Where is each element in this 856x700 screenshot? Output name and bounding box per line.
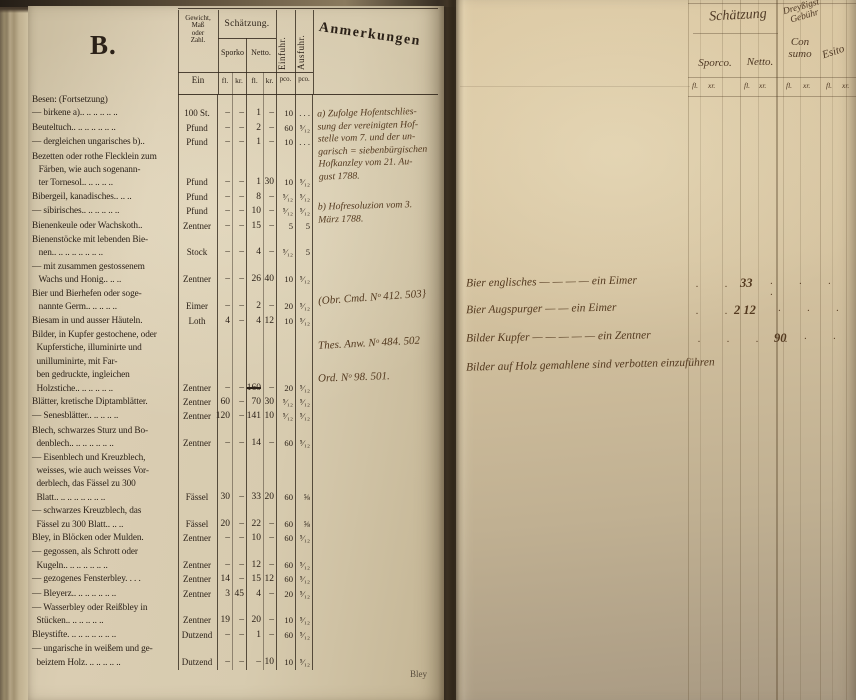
row-label: Bibergeil, kanadisches.. .. .. [32,191,178,205]
netto-kr-cell: – [263,588,276,602]
unit-cell: Zentner [178,425,218,452]
ms-dot-leader: · · · · [770,279,856,301]
netto-kr-cell: – [263,234,276,261]
sporko-fl-cell: 3 [218,588,232,602]
tariff-row: Bier und Bierhefen oder soge- nannte Ger… [32,288,313,315]
netto-kr-cell: – [263,220,276,234]
tariff-row: Besen: (Fortsetzung) [32,94,313,107]
tariff-row: — ungarische in weißem und ge- beiztem H… [32,643,313,670]
einfuhr-cell: 60 [276,629,295,643]
netto-fl-cell: – [246,643,263,670]
tariff-row: Bienenstöcke mit lebenden Bie- nen.. .. … [32,234,313,261]
row-label: Blätter, kretische Diptamblätter. [32,396,178,410]
tariff-row: Bleystifte. .. .. .. .. .. .. ..Dutzend–… [32,629,313,643]
sporko-fl-cell: – [218,205,232,219]
ms-duty-header: Dreyßigst Gebühr [782,0,823,27]
einfuhr-header: Einfuhr. [277,14,295,70]
netto-fl-cell: 12 [246,546,263,573]
einfuhr-cell: 10 [276,602,295,629]
einfuhr-cell: ⁵⁄₁₂ [276,205,295,219]
ms-entry-text: Bier englisches — — — — ein Eimer [466,275,637,290]
row-label: Biesam in und ausser Häuteln. [32,315,178,329]
ms-row-rule [688,77,856,78]
netto-fl-cell: 2 [246,288,263,315]
tariff-row: — sibirisches.. .. .. .. .. ..Pfund––10–… [32,205,313,219]
netto-kr-cell [263,94,276,107]
sporko-fl-cell: – [218,629,232,643]
tariff-row: — gezogenes Fensterbley. . . .Zentner14–… [32,573,313,587]
ms-entry-value: 33 [740,276,753,291]
row-label: — gegossen, als Schrott oder Kugeln.. ..… [32,546,178,573]
sporko-kr-cell [232,94,246,107]
ausfuhr-cell: . . . [295,107,313,121]
unit-cell: Zentner [178,329,218,396]
sporko-kr-cell: 45 [232,588,246,602]
row-label: Bilder, in Kupfer gestochene, oder Kupfe… [32,329,178,396]
ms-entry: Bilder auf Holz gemahlene sind verbotten… [456,359,856,381]
right-page: Schätzung Dreyßigst Gebühr Sporco. Netto… [456,0,856,700]
ms-dot-leader: . . [696,306,740,317]
sporko-fl-cell: – [218,220,232,234]
ms-entry: Bier englisches — — — — ein Eimer. .33· … [456,276,856,298]
sporko-fl-cell: – [218,546,232,573]
netto-kr-cell: – [263,602,276,629]
netto-fl-cell: 8 [246,191,263,205]
row-label: — Bleyerz.. .. .. .. .. .. .. [32,588,178,602]
row-label: — gezogenes Fensterbley. . . . [32,573,178,587]
netto-fl-cell [246,94,263,107]
tariff-rows: Besen: (Fortsetzung)— birkene a).. .. ..… [32,94,313,670]
tariff-row: — Wasserbley oder Reißbley in Stücken.. … [32,602,313,629]
ms-entry-text: Bilder auf Holz gemahlene sind verbotten… [466,356,715,373]
einfuhr-cell: 10 [276,643,295,670]
netto-kr-cell: 40 [263,261,276,288]
ms-entry: Bilder Kupfer — — — — — ein Zentner. . .… [456,331,856,353]
ausfuhr-cell: ⁵⁄₁₂ [295,573,313,587]
unit-cell: Zentner [178,532,218,546]
sporko-kr-cell: – [232,643,246,670]
ausfuhr-cell: ⁵⁄₁₂ [295,329,313,396]
ausfuhr-cell: 5 [295,220,313,234]
unit-cell: Zentner [178,220,218,234]
unit-cell: Stock [178,234,218,261]
sporko-fl-cell: 19 [218,602,232,629]
sporko-kr-cell: – [232,425,246,452]
ms-row-rule [693,33,778,34]
netto-kr-cell: – [263,122,276,136]
unit-cell: Zentner [178,410,218,424]
sporko-fl-cell: – [218,643,232,670]
unit-cell: Dutzend [178,643,218,670]
anmerkungen-header: Anmerkungen [318,20,439,53]
ms-row-rule [688,96,856,97]
ausfuhr-cell: ⁵⁄₁₂ [295,151,313,191]
einfuhr-cell: 10 [276,151,295,191]
unit-cell: Dutzend [178,629,218,643]
sporko-kr-cell: – [232,396,246,410]
ausfuhr-cell: ⅝ [295,505,313,532]
weight-column-header: Gewicht, Maß oder Zahl. [179,15,217,45]
einfuhr-cell: 20 [276,288,295,315]
struck-value: 160 [247,382,261,395]
ms-unit-label: fl. [692,81,698,90]
einfuhr-cell: ⁵⁄₁₂ [276,191,295,205]
row-label: — birkene a).. .. .. .. .. .. [32,107,178,121]
row-label: Bezetten oder rothe Flecklein zum Färben… [32,151,178,191]
row-label: — Senesblätter.. .. .. .. .. [32,410,178,424]
unit-cell: Pfund [178,151,218,191]
ausfuhr-cell: ⁵⁄₁₂ [295,532,313,546]
netto-kr-cell: – [263,629,276,643]
sporko-fl-cell: – [218,329,232,396]
row-label: — Eisenblech und Kreuzblech, weisses, wi… [32,452,178,506]
netto-kr-cell: – [263,505,276,532]
netto-fl-cell: 26 [246,261,263,288]
sporko-fl-cell: 120 [218,410,232,424]
tariff-row: Bezetten oder rothe Flecklein zum Färben… [32,151,313,191]
unit-pco-2: pco. [295,76,313,83]
einfuhr-cell: 10 [276,261,295,288]
sporko-fl-cell: 4 [218,315,232,329]
netto-header: Netto. [247,48,275,57]
netto-fl-cell: 15 [246,220,263,234]
netto-kr-cell: 30 [263,396,276,410]
ms-unit-label: fl. [826,81,832,90]
einfuhr-cell: ⁵⁄₁₂ [276,396,295,410]
tariff-row: — schwarzes Kreuzblech, das Fässel zu 30… [32,505,313,532]
netto-kr-cell: – [263,546,276,573]
unit-cell: 100 St. [178,107,218,121]
tariff-table: Gewicht, Maß oder Zahl. Ein Schätzung. S… [32,10,313,670]
left-page: B. Gewicht, Maß oder Zahl. Ein Schät [28,6,444,700]
unit-fl-2: fl. [246,76,263,85]
unit-cell: Zentner [178,396,218,410]
netto-kr-cell: – [263,532,276,546]
unit-cell: Zentner [178,573,218,587]
sporko-fl-cell [218,94,232,107]
tariff-row: Blätter, kretische Diptamblätter.Zentner… [32,396,313,410]
netto-kr-cell: 12 [263,315,276,329]
netto-kr-cell: – [263,288,276,315]
ausfuhr-cell: 5 [295,234,313,261]
ausfuhr-cell: ⁵⁄₁₂ [295,288,313,315]
book-photo: B. Gewicht, Maß oder Zahl. Ein Schät [0,0,856,700]
row-label: Bier und Bierhefen oder soge- nannte Ger… [32,288,178,315]
sporko-kr-cell: – [232,220,246,234]
row-label: — mit zusammen gestossenem Wachs und Hon… [32,261,178,288]
sporko-kr-cell: – [232,315,246,329]
netto-fl-cell: 2 [246,122,263,136]
einfuhr-cell: 60 [276,505,295,532]
netto-fl-cell: 141 [246,410,263,424]
einfuhr-cell: 10 [276,136,295,150]
sporko-fl-cell: – [218,288,232,315]
unit-cell: Pfund [178,122,218,136]
netto-kr-cell: – [263,136,276,150]
row-label: Beuteltuch.. .. .. .. .. .. .. [32,122,178,136]
ms-unit-label: xr. [803,81,810,90]
netto-kr-cell: – [263,329,276,396]
tariff-row: Bibergeil, kanadisches.. .. ..Pfund––8–⁵… [32,191,313,205]
unit-cell: Zentner [178,588,218,602]
ausfuhr-cell: ⁵⁄₁₂ [295,191,313,205]
netto-fl-cell: 1 [246,107,263,121]
netto-fl-cell: 22 [246,505,263,532]
sporko-kr-cell: – [232,288,246,315]
sporko-kr-cell: – [232,136,246,150]
tariff-row: — dergleichen ungarisches b)..Pfund––1–1… [32,136,313,150]
tariff-row: Beuteltuch.. .. .. .. .. .. ..Pfund––2–6… [32,122,313,136]
tariff-row: Bienenkeule oder Wachskoth..Zentner––15–… [32,220,313,234]
tariff-row: — Bleyerz.. .. .. .. .. .. ..Zentner3454… [32,588,313,602]
einfuhr-cell: ⁵⁄₁₂ [276,234,295,261]
einfuhr-cell: 60 [276,532,295,546]
ms-dot-leader: . . [696,279,740,290]
sporko-header: Sporko [219,48,246,57]
ausfuhr-cell: ⁵⁄₁₂ [295,315,313,329]
ausfuhr-cell: ⁵⁄₁₂ [295,602,313,629]
einfuhr-cell: 60 [276,573,295,587]
einfuhr-cell: 20 [276,588,295,602]
catchword: Bley [410,669,427,679]
sporko-fl-cell: – [218,425,232,452]
tariff-row: — Senesblätter.. .. .. .. ..Zentner120–1… [32,410,313,424]
netto-kr-cell: – [263,425,276,452]
unit-cell: Pfund [178,136,218,150]
sporko-fl-cell: 14 [218,573,232,587]
row-label: — ungarische in weißem und ge- beiztem H… [32,643,178,670]
row-label: Bienenkeule oder Wachskoth.. [32,220,178,234]
sporko-fl-cell: – [218,136,232,150]
ausfuhr-cell: ⁵⁄₁₂ [295,261,313,288]
netto-kr-cell: 20 [263,452,276,506]
ausfuhr-cell: ⁵⁄₁₂ [295,205,313,219]
netto-fl-cell: 70 [246,396,263,410]
ausfuhr-cell: ⁵⁄₁₂ [295,425,313,452]
ms-entry-text: Bilder Kupfer — — — — — ein Zentner [466,329,651,344]
sporko-kr-cell: – [232,602,246,629]
ausfuhr-cell: ⅝ [295,452,313,506]
unit-cell: Pfund [178,205,218,219]
tariff-row: — gegossen, als Schrott oder Kugeln.. ..… [32,546,313,573]
sporko-fl-cell: – [218,107,232,121]
row-label: Blech, schwarzes Sturz und Bo- denblech.… [32,425,178,452]
unit-cell: Fässel [178,505,218,532]
sporko-kr-cell: – [232,329,246,396]
sporko-fl-cell: – [218,122,232,136]
ms-row-rule [460,86,690,87]
unit-cell: Zentner [178,602,218,629]
netto-kr-cell: 12 [263,573,276,587]
table-header: Gewicht, Maß oder Zahl. Ein Schätzung. S… [32,10,313,94]
sporko-kr-cell: – [232,410,246,424]
unit-cell: Pfund [178,191,218,205]
footnote-a: a) Zufolge Hofentschlies- sung der verei… [317,105,443,184]
netto-fl-cell: 10 [246,205,263,219]
sporko-kr-cell: – [232,122,246,136]
ausfuhr-cell: . . . [295,136,313,150]
einfuhr-cell: 60 [276,122,295,136]
netto-fl-cell: 15 [246,573,263,587]
ms-unit-label: fl. [744,81,750,90]
netto-fl-cell: 4 [246,315,263,329]
ms-entry-value: 90 [774,331,787,346]
ms-unit-label: xr. [708,81,715,90]
einfuhr-cell: 20 [276,329,295,396]
tariff-row: Biesam in und ausser Häuteln.Loth4–41210… [32,315,313,329]
ms-unit-label: xr. [842,81,849,90]
einfuhr-cell: 5 [276,220,295,234]
row-label: Bienenstöcke mit lebenden Bie- nen.. .. … [32,234,178,261]
row-label: Bley, in Blöcken oder Mulden. [32,532,178,546]
ms-schaetzung-header: Schätzung [696,6,781,26]
sporko-kr-cell: – [232,191,246,205]
einfuhr-cell: ⁵⁄₁₂ [276,410,295,424]
footnote-b: b) Hofresoluzion vom 3. März 1788. [318,198,443,226]
sporko-kr-cell: – [232,234,246,261]
table-top-rule [178,8,438,9]
ausfuhr-cell: ⁵⁄₁₂ [295,546,313,573]
row-label: — sibirisches.. .. .. .. .. .. [32,205,178,219]
unit-pco-1: pco. [276,76,295,83]
sporko-kr-cell: – [232,573,246,587]
unit-kr-2: kr. [263,76,276,85]
netto-kr-cell: 10 [263,410,276,424]
sporko-fl-cell: 20 [218,505,232,532]
netto-fl-cell: 4 [246,588,263,602]
page-edges [0,0,30,700]
netto-fl-cell: 160 [246,329,263,396]
netto-kr-cell: – [263,107,276,121]
netto-fl-cell: 1 [246,151,263,191]
row-label: Besen: (Fortsetzung) [32,94,178,107]
netto-fl-cell: 10 [246,532,263,546]
sporko-kr-cell: – [232,532,246,546]
weight-sub-header: Ein [179,75,217,85]
unit-cell: Loth [178,315,218,329]
ausfuhr-cell: ⁵⁄₁₂ [295,396,313,410]
ms-esito-header: Esito [821,43,846,61]
unit-cell: Zentner [178,261,218,288]
sporko-fl-cell: 60 [218,396,232,410]
netto-kr-cell: 10 [263,643,276,670]
netto-fl-cell: 1 [246,136,263,150]
einfuhr-cell [276,94,295,107]
sporko-fl-cell: – [218,532,232,546]
netto-kr-cell: 30 [263,151,276,191]
sporko-fl-cell: – [218,151,232,191]
unit-cell: Zentner [178,546,218,573]
netto-kr-cell: – [263,191,276,205]
sporko-kr-cell: – [232,151,246,191]
unit-fl-1: fl. [218,76,232,85]
ms-entry-value: 2 12 [734,303,756,318]
ausfuhr-cell: ⁵⁄₁₂ [295,122,313,136]
unit-cell [178,94,218,107]
einfuhr-cell: 60 [276,452,295,506]
unit-kr-1: kr. [232,76,246,85]
tariff-row: — birkene a).. .. .. .. .. ..100 St.––1–… [32,107,313,121]
ms-sporco-header: Sporco. [690,57,740,69]
sporko-kr-cell: – [232,505,246,532]
sporko-kr-cell: – [232,452,246,506]
netto-fl-cell: 14 [246,425,263,452]
netto-fl-cell: 33 [246,452,263,506]
netto-fl-cell: 20 [246,602,263,629]
sporko-fl-cell: – [218,261,232,288]
gutter-shadow [438,0,464,700]
ms-dot-leader: · · · [778,306,851,317]
ms-row-rule [688,3,856,4]
tariff-row: — mit zusammen gestossenem Wachs und Hon… [32,261,313,288]
ausfuhr-header: Ausfuhr. [296,14,313,70]
tariff-row: Blech, schwarzes Sturz und Bo- denblech.… [32,425,313,452]
sporko-kr-cell: – [232,205,246,219]
ausfuhr-cell: ⁵⁄₁₂ [295,629,313,643]
netto-fl-cell: 1 [246,629,263,643]
unit-cell: Fässel [178,452,218,506]
ausfuhr-cell: ⁵⁄₁₂ [295,643,313,670]
ausfuhr-cell [295,94,313,107]
ausfuhr-cell: ⁵⁄₁₂ [295,588,313,602]
sporko-kr-cell: – [232,629,246,643]
sporko-fl-cell: – [218,191,232,205]
sporko-kr-cell: – [232,261,246,288]
einfuhr-cell: 60 [276,546,295,573]
netto-kr-cell: – [263,205,276,219]
ms-netto-header: Netto. [741,56,779,68]
ms-entry-text: Bier Augspurger — — ein Eimer [466,302,617,317]
ausfuhr-cell: ⁵⁄₁₂ [295,410,313,424]
einfuhr-cell: 10 [276,315,295,329]
sporko-kr-cell: – [232,546,246,573]
sporko-fl-cell: – [218,234,232,261]
row-label: Bleystifte. .. .. .. .. .. .. .. [32,629,178,643]
sporko-kr-cell: – [232,107,246,121]
sporko-fl-cell: 30 [218,452,232,506]
tariff-row: Bilder, in Kupfer gestochene, oder Kupfe… [32,329,313,396]
ms-unit-label: fl. [786,81,792,90]
ms-dot-leader: · · [804,334,848,345]
ms-unit-label: xr. [759,81,766,90]
netto-fl-cell: 4 [246,234,263,261]
row-label: — dergleichen ungarisches b).. [32,136,178,150]
ms-entry: Bier Augspurger — — ein Eimer. .2 12· · … [456,303,856,325]
row-label: — Wasserbley oder Reißbley in Stücken.. … [32,602,178,629]
einfuhr-cell: 60 [276,425,295,452]
tariff-row: — Eisenblech und Kreuzblech, weisses, wi… [32,452,313,506]
row-label: — schwarzes Kreuzblech, das Fässel zu 30… [32,505,178,532]
einfuhr-cell: 10 [276,107,295,121]
tariff-row: Bley, in Blöcken oder Mulden.Zentner––10… [32,532,313,546]
unit-cell: Eimer [178,288,218,315]
schaetzung-header: Schätzung. [219,19,275,29]
